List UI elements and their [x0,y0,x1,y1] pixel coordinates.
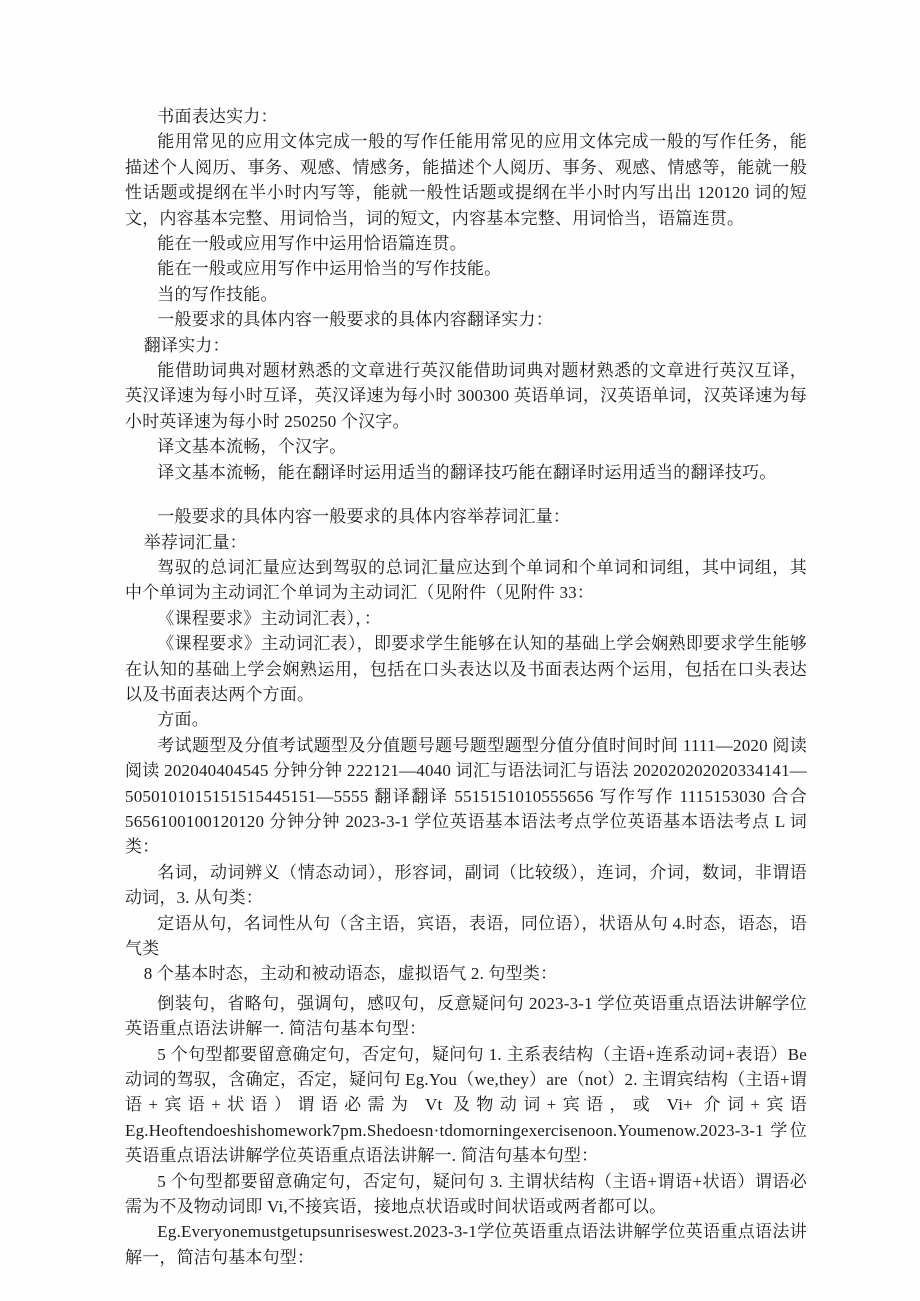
document-paragraph: 当的写作技能。 [125,282,807,307]
document-paragraph: 驾驭的总词汇量应达到驾驭的总词汇量应达到个单词和个单词和词组，其中词组，其中个单… [125,555,807,606]
document-paragraph: 5 个句型都要留意确定句，否定句，疑问句 1. 主系表结构（主语+连系动词+表语… [125,1042,807,1169]
document-paragraph: 能借助词典对题材熟悉的文章进行英汉能借助词典对题材熟悉的文章进行英汉互译，英汉译… [125,358,807,434]
document-paragraph: 能在一般或应用写作中运用恰语篇连贯。 [125,231,807,256]
document-paragraph: 定语从句，名词性从句（含主语，宾语，表语，同位语），状语从句 4.时态，语态，语… [125,911,807,962]
document-paragraph: 一般要求的具体内容一般要求的具体内容举荐词汇量： [125,504,807,529]
document-paragraph: 能用常见的应用文体完成一般的写作任能用常见的应用文体完成一般的写作任务，能描述个… [125,129,807,231]
document-paragraph: 翻译实力： [125,333,807,358]
document-page: 书面表达实力：能用常见的应用文体完成一般的写作任能用常见的应用文体完成一般的写作… [0,0,920,1301]
document-paragraph: 译文基本流畅，能在翻译时运用适当的翻译技巧能在翻译时运用适当的翻译技巧。 [125,460,807,485]
document-paragraph: 书面表达实力： [125,104,807,129]
document-content: 书面表达实力：能用常见的应用文体完成一般的写作任能用常见的应用文体完成一般的写作… [125,104,807,1270]
document-paragraph [125,485,807,504]
document-paragraph: 8 个基本时态，主动和被动语态，虚拟语气 2. 句型类： [125,961,807,986]
document-paragraph: 举荐词汇量： [125,530,807,555]
document-paragraph: 5 个句型都要留意确定句，否定句，疑问句 3. 主谓状结构（主语+谓语+状语）谓… [125,1169,807,1220]
document-paragraph: Eg.Everyonemustgetupsunriseswest.2023-3-… [125,1219,807,1270]
document-paragraph: 方面。 [125,707,807,732]
document-paragraph: 《课程要求》主动词汇表），： [125,606,807,631]
document-paragraph: 译文基本流畅，个汉字。 [125,434,807,459]
document-paragraph: 《课程要求》主动词汇表），即要求学生能够在认知的基础上学会娴熟即要求学生能够在认… [125,631,807,707]
document-paragraph: 倒装句，省略句，强调句，感叹句，反意疑问句 2023-3-1 学位英语重点语法讲… [125,991,807,1042]
document-paragraph: 一般要求的具体内容一般要求的具体内容翻译实力： [125,307,807,332]
document-paragraph: 考试题型及分值考试题型及分值题号题号题型题型分值分值时间时间 1111—2020… [125,733,807,860]
document-paragraph: 能在一般或应用写作中运用恰当的写作技能。 [125,256,807,281]
document-paragraph: 名词，动词辨义（情态动词），形容词，副词（比较级），连词，介词，数词，非谓语动词… [125,860,807,911]
